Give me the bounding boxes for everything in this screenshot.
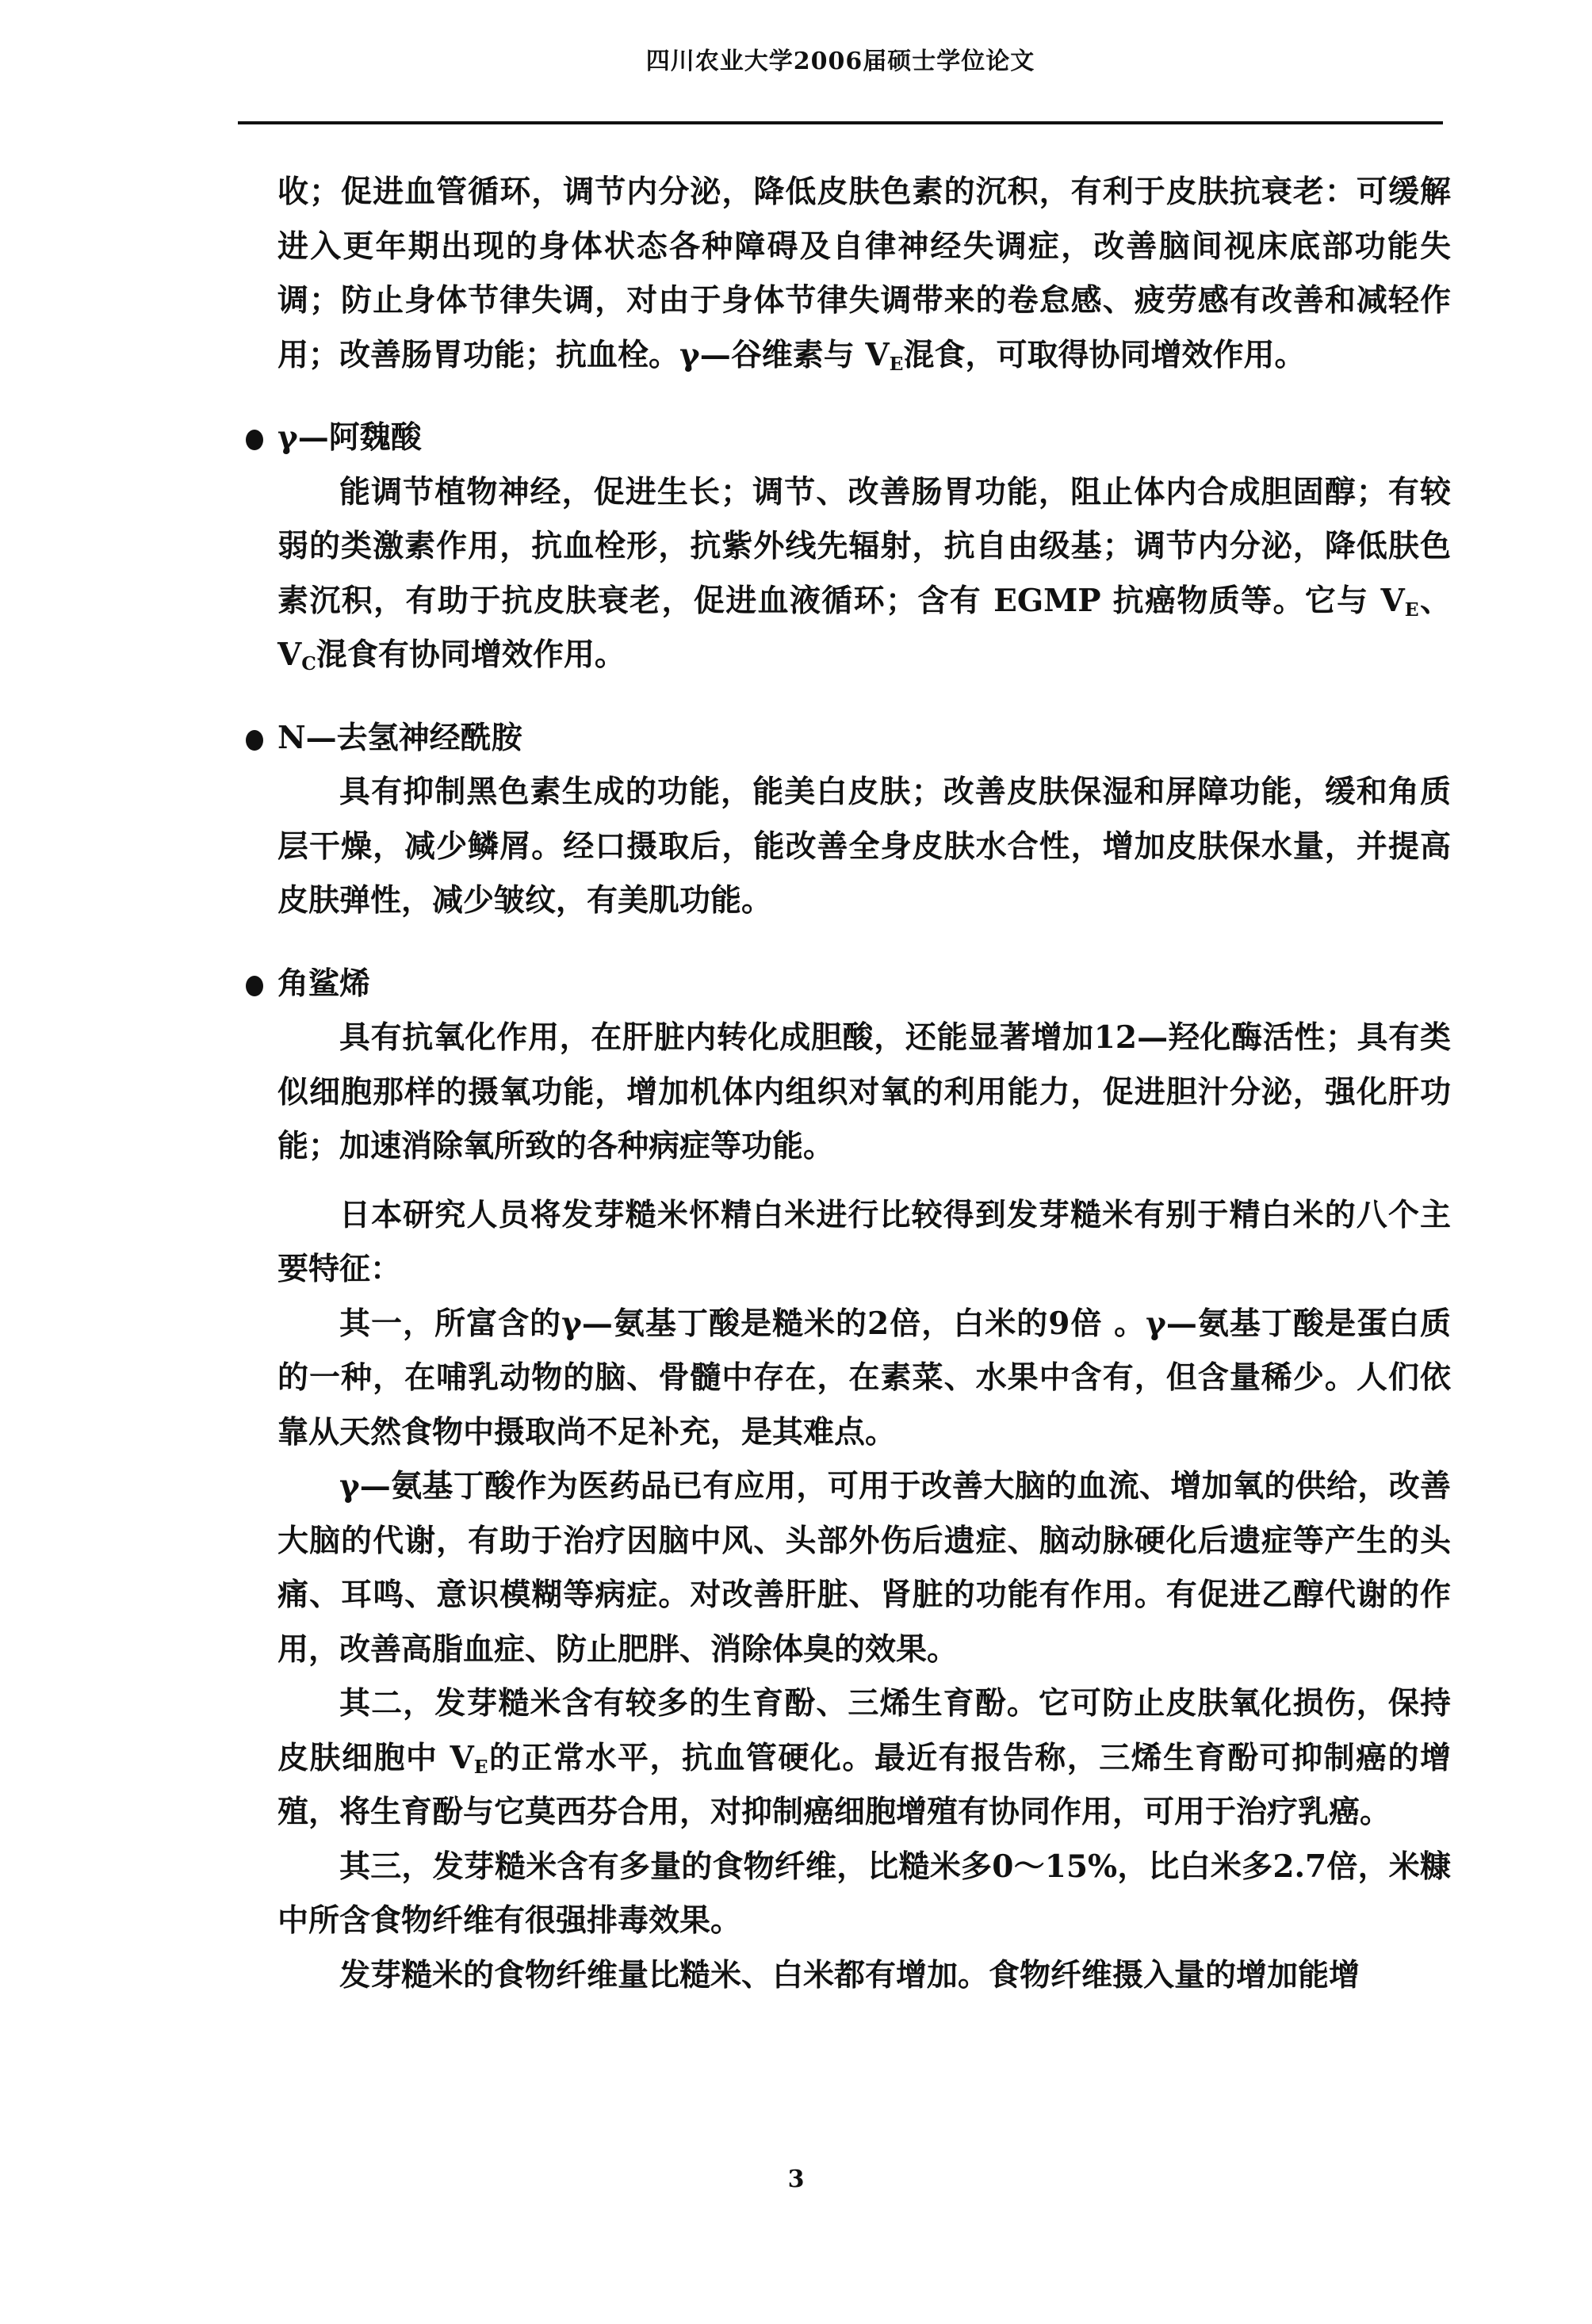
intro-paragraph: 收；促进血管循环，调节内分泌，降低皮肤色素的沉积，有利于皮肤抗衰老：可缓解进入更…: [277, 165, 1451, 382]
text-line: 收；促进血管循环，调节内分泌，降低皮肤色素的沉积，有利于皮肤抗衰老：: [277, 174, 1357, 210]
paragraph: γ—氨基丁酸作为医药品已有应用，可用于改善大脑的血流、增加氧的供给，改善大脑的代…: [277, 1459, 1451, 1676]
bullet-body: 能调节植物神经，促进生长；调节、改善肠胃功能，阻止体内合成胆固醇；有较弱的类激素…: [277, 465, 1451, 682]
running-header: 四川农业大学2006届硕士学位论文: [238, 46, 1443, 78]
text: 能调节植物神经，促进生长；调节、改善肠胃功能，阻止体内合成胆固醇；有较弱的类激素…: [277, 474, 1451, 619]
bullet-icon: [246, 430, 263, 450]
header-rule: [238, 121, 1443, 124]
bullet-icon: [246, 730, 263, 751]
subscript: E: [890, 352, 904, 374]
text-line: 混食，可取: [903, 337, 1058, 373]
bullet-item-ceramide: N—去氢神经酰胺: [277, 711, 1451, 766]
bullet-title: 角鲨烯: [277, 965, 370, 1002]
bullet-icon: [246, 976, 263, 996]
bullet-body: 具有抗氧化作用，在肝脏内转化成胆酸，还能显著增加12—羟化酶活性；具有类似细胞那…: [277, 1011, 1451, 1174]
subscript: E: [474, 1755, 488, 1777]
paragraph: 其一，所富含的γ—氨基丁酸是糙米的2倍，白米的9倍 。γ—氨基丁酸是蛋白质的一种…: [277, 1297, 1451, 1460]
subscript: C: [301, 652, 316, 675]
paragraph: 其三，发芽糙米含有多量的食物纤维，比糙米多0～15%，比白米多2.7倍，米糠中所…: [277, 1840, 1451, 1948]
text-line: 得协同增效作用。: [1058, 337, 1305, 373]
bullet-item-squalene: 角鲨烯: [277, 957, 1451, 1011]
bullet-item-ferulic-acid: γ—阿魏酸: [277, 411, 1451, 465]
page-number: 3: [0, 2165, 1592, 2193]
text: 混食有协同增效作用。: [316, 636, 626, 673]
paragraph: 发芽糙米的食物纤维量比糙米、白米都有增加。食物纤维摄入量的增加能增: [277, 1948, 1451, 2003]
bullet-body: 具有抑制黑色素生成的功能，能美白皮肤；改善皮肤保湿和屏障功能，缓和角质层干燥，减…: [277, 765, 1451, 928]
paragraph: 日本研究人员将发芽糙米怀精白米进行比较得到发芽糙米有别于精白米的八个主要特征：: [277, 1188, 1451, 1297]
subscript: E: [1405, 598, 1419, 620]
bullet-title: N—去氢神经酰胺: [277, 720, 522, 756]
bullet-title: γ—阿魏酸: [277, 419, 422, 456]
paragraph: 其二，发芽糙米含有较多的生育酚、三烯生育酚。它可防止皮肤氧化损伤，保持皮肤细胞中…: [277, 1676, 1451, 1840]
page-body: 收；促进血管循环，调节内分泌，降低皮肤色素的沉积，有利于皮肤抗衰老：可缓解进入更…: [277, 165, 1451, 2002]
